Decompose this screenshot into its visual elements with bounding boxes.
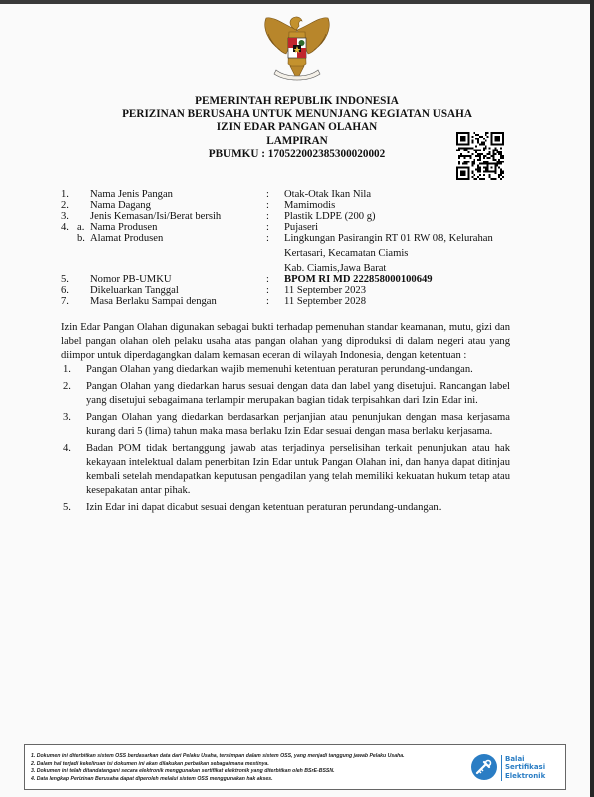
- term-text: Pangan Olahan yang diedarkan wajib memen…: [86, 364, 473, 375]
- header-attachment: LAMPIRAN: [0, 135, 594, 148]
- term-text: Pangan Olahan yang diedarkan harus sesua…: [86, 381, 510, 406]
- field-number: 7.: [61, 296, 69, 307]
- footer-note: 2. Dalam hal terjadi kekeliruan isi doku…: [31, 761, 405, 769]
- permit-terms-section: Izin Edar Pangan Olahan digunakan sebaga…: [61, 321, 510, 518]
- field-number: 2.: [61, 200, 69, 211]
- field-value: Pujaseri: [284, 222, 318, 233]
- bsre-logo-line: Sertifikasi: [505, 763, 545, 771]
- field-label: Nama Jenis Pangan: [90, 189, 173, 200]
- header-permit-type: PERIZINAN BERUSAHA UNTUK MENUNJANG KEGIA…: [0, 108, 594, 121]
- field-value: 11 September 2023: [284, 285, 366, 296]
- term-text: Izin Edar ini dapat dicabut sesuai denga…: [86, 502, 441, 513]
- header-pbumku-number: PBUMKU : 170522002385300020002: [0, 148, 594, 161]
- document-header: PEMERINTAH REPUBLIK INDONESIA PERIZINAN …: [0, 95, 594, 161]
- bsre-logo-line: Balai: [505, 755, 545, 763]
- term-number: 4.: [63, 442, 71, 456]
- field-number: 5.: [61, 274, 69, 285]
- field-value: BPOM RI MD 222858000100649: [284, 274, 433, 285]
- field-sub-letter: b.: [77, 233, 85, 244]
- term-text: Badan POM tidak bertanggung jawab atas t…: [86, 443, 510, 496]
- term-number: 2.: [63, 380, 71, 394]
- field-value: 11 September 2028: [284, 296, 366, 307]
- field-colon: :: [266, 200, 269, 211]
- field-colon: :: [266, 211, 269, 222]
- header-permit-title: IZIN EDAR PANGAN OLAHAN: [0, 121, 594, 134]
- field-number: 1.: [61, 189, 69, 200]
- bsre-logo: Balai Sertifikasi Elektronik: [469, 750, 557, 786]
- garuda-emblem-icon: [256, 8, 338, 88]
- field-colon: :: [266, 233, 269, 244]
- term-item: 2.Pangan Olahan yang diedarkan harus ses…: [61, 380, 510, 408]
- qr-code-icon: [456, 132, 504, 180]
- field-colon: :: [266, 274, 269, 285]
- term-item: 4.Badan POM tidak bertanggung jawab atas…: [61, 442, 510, 498]
- footer-note: 1. Dokumen ini diterbitkan sistem OSS be…: [31, 753, 405, 761]
- field-label: Jenis Kemasan/Isi/Berat bersih: [90, 211, 221, 222]
- field-colon: :: [266, 189, 269, 200]
- field-value: Otak-Otak Ikan Nila: [284, 189, 371, 200]
- field-value: Kertasari, Kecamatan Ciamis: [284, 248, 408, 259]
- field-colon: :: [266, 222, 269, 233]
- header-government: PEMERINTAH REPUBLIK INDONESIA: [0, 95, 594, 108]
- term-number: 3.: [63, 411, 71, 425]
- field-value: Mamimodis: [284, 200, 335, 211]
- field-label: Dikeluarkan Tanggal: [90, 285, 179, 296]
- field-sub-letter: a.: [77, 222, 84, 233]
- term-number: 1.: [63, 363, 71, 377]
- footer-note: 3. Dokumen ini telah ditandatangani seca…: [31, 768, 405, 776]
- viewer-top-bar: [0, 0, 594, 4]
- field-value: Kab. Ciamis,Jawa Barat: [284, 263, 386, 274]
- footer-disclaimer-box: 1. Dokumen ini diterbitkan sistem OSS be…: [24, 744, 566, 790]
- term-item: 3.Pangan Olahan yang diedarkan berdasark…: [61, 411, 510, 439]
- bsre-logo-text: Balai Sertifikasi Elektronik: [505, 755, 545, 780]
- footer-note: 4. Data lengkap Perizinan Berusaha dapat…: [31, 776, 405, 784]
- field-number: 3.: [61, 211, 69, 222]
- footer-notes: 1. Dokumen ini diterbitkan sistem OSS be…: [31, 753, 405, 783]
- term-number: 5.: [63, 501, 71, 515]
- field-colon: :: [266, 285, 269, 296]
- terms-list: 1.Pangan Olahan yang diedarkan wajib mem…: [61, 363, 510, 515]
- field-label: Nama Dagang: [90, 200, 151, 211]
- field-number: 4.: [61, 222, 69, 233]
- term-text: Pangan Olahan yang diedarkan berdasarkan…: [86, 412, 510, 437]
- field-value: Lingkungan Pasirangin RT 01 RW 08, Kelur…: [284, 233, 493, 244]
- intro-paragraph: Izin Edar Pangan Olahan digunakan sebaga…: [61, 321, 510, 363]
- term-item: 5.Izin Edar ini dapat dicabut sesuai den…: [61, 501, 510, 515]
- field-label: Masa Berlaku Sampai dengan: [90, 296, 217, 307]
- bsre-logo-line: Elektronik: [505, 772, 545, 780]
- term-item: 1.Pangan Olahan yang diedarkan wajib mem…: [61, 363, 510, 377]
- bsre-logo-divider: [501, 755, 502, 781]
- field-value: Plastik LDPE (200 g): [284, 211, 376, 222]
- bsre-key-icon: [471, 754, 497, 780]
- field-number: 6.: [61, 285, 69, 296]
- field-label: Nomor PB-UMKU: [90, 274, 172, 285]
- field-colon: :: [266, 296, 269, 307]
- field-label: Alamat Produsen: [90, 233, 163, 244]
- field-label: Nama Produsen: [90, 222, 157, 233]
